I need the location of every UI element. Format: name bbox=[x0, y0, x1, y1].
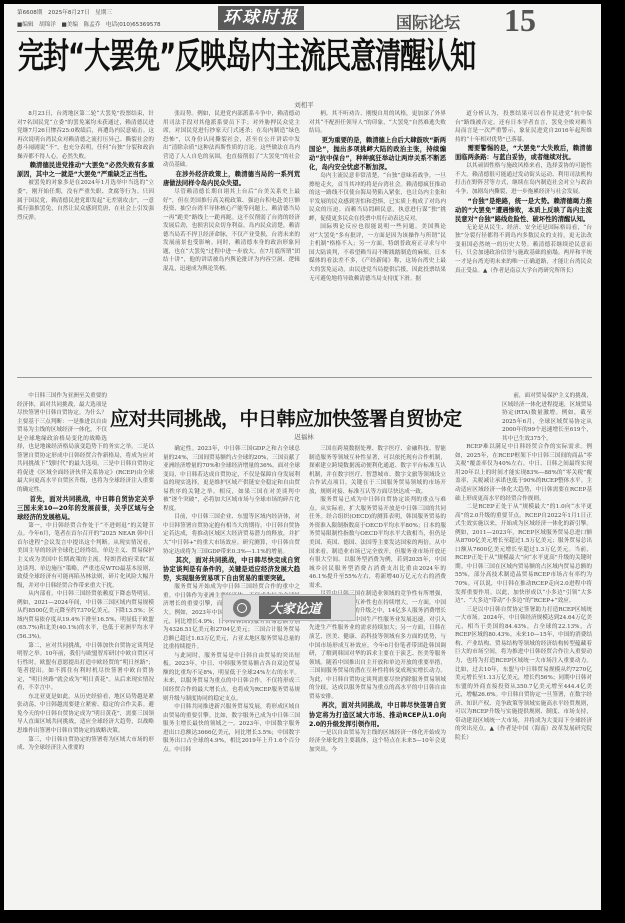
body-paragraph: 三国在跨境数据处理、数字医疗、金融科技、智能制造服务等领域互补性显著，可以依托现… bbox=[309, 445, 446, 496]
article1-column-2: 张局势。例如，民进党内部派系斗争中，赖清德动用司法手段对其他派系要员下手；对外胁… bbox=[163, 110, 300, 372]
body-paragraph: 东北亚更是如此。从历史经验看，地区局势越是紧张动荡，中日韩越需要建立紧密、稳定的… bbox=[17, 693, 154, 736]
article2-column-4: 前，面对贸易保护主义的挑战，区域经济一体化进程提速，区域贸易协定(RTA)数量激… bbox=[455, 392, 592, 907]
subheading-paragraph: 首先，面对共同挑战，中日韩自贸协定关乎三国未来10—20年的发展前景，关乎区域与… bbox=[17, 495, 154, 522]
body-paragraph: 张局势。例如，民进党内部派系斗争中，赖清德动用司法手段对其他派系要员下手；对外胁… bbox=[163, 110, 300, 170]
body-paragraph: 三是以中日韩自贸协定签署助力打造RCEP区域统一大市场。2024年，中日韩经济规… bbox=[455, 606, 592, 743]
body-paragraph: 一是以自由贸易为主线的区域经济一体化开始成为经济全球化的主要载体，这个特点在未来… bbox=[309, 729, 446, 755]
subheading-paragraph: 在涉外经济政策上，赖清德当局的一系列荒唐做法同样令岛内民众失望。 bbox=[163, 170, 300, 188]
body-paragraph: 柄。其不听劝告、刚愎自用的风格，更加深了外界对其“不配担任领导人”的印象，“大罢… bbox=[309, 110, 446, 136]
body-paragraph: 确定性。2023年，中日韩三国GDP之和占全球总量的24%，三国间贸易额约占全球… bbox=[163, 445, 300, 513]
article1-column-4: 道分析认为，投票结果可以看作民进党“抗中保台”路线被否定。还有日本学者直言，罢免… bbox=[455, 110, 592, 372]
body-paragraph: 与此同时，服务贸易是中日韩自由贸易的突出短板。2023年，中日、中韩服务贸易额占… bbox=[163, 652, 300, 703]
body-paragraph: 尽管赖清德长期自诩其上台后“台美关系史上最好”，但在美国推行高关税政策、强迫台积… bbox=[163, 188, 300, 273]
article-divider bbox=[17, 377, 592, 378]
headline-wrap-spacer bbox=[455, 392, 502, 442]
body-paragraph: 中日韩共同推进新兴服务贸易发展，将形成区域自由贸易的重要引擎。比如，数字服务已成… bbox=[163, 703, 300, 754]
body-paragraph: 8月23日，台湾地区第二轮“大罢免”投票结束，针对7名国民党“立委”的罢免案均未… bbox=[17, 110, 154, 161]
subheading-paragraph: “台独”是绝路，统一是大势。赖清德竭力推动的“大罢免”遭遇惨败，本质上反映了岛内… bbox=[455, 197, 592, 224]
editor-line: ■编辑 胡锦洋 ■美编 陈孟乔 电话(010)65369578 bbox=[17, 20, 161, 28]
newspaper-logo: 环球时报 bbox=[218, 6, 304, 30]
body-paragraph: 道分析认为，投票结果可以看作民进党“抗中保台”路线被否定。还有日本学者直言，罢免… bbox=[455, 110, 592, 144]
column-badge: 大家论道 bbox=[222, 594, 356, 621]
body-paragraph: 从内部看，中日韩三国经贸依赖度下降态势明显。例如，2021—2024年间，中日韩… bbox=[17, 590, 154, 641]
article1-byline: 刘相平 bbox=[274, 100, 334, 109]
body-paragraph: 服务贸易已成为中日韩自贸协定谈判的重点与难点。从实际看，扩大服务贸易开放是中日韩… bbox=[309, 496, 446, 590]
body-paragraph: 目前，中日韩三国企业、东盟等区域内经济体，对中日韩签署自贸协定抱有相当大的期待。… bbox=[163, 513, 300, 556]
article1-headline: 完封“大罢免”反映岛内主流民意清醒认知 bbox=[18, 29, 593, 79]
subheading-paragraph: 需要警惕的是，“大罢免”大失败后，赖清德面临两条路：与蓝白妥协，或者继续对抗。 bbox=[455, 144, 592, 162]
body-paragraph: 岛内主流民意非常清楚，“台独”意味着战争，一旦擦枪走火，首当其冲的将是台湾社会。… bbox=[309, 172, 446, 223]
article2-headline: 应对共同挑战，中日韩应加快签署自贸协定 bbox=[110, 404, 462, 431]
subheading-paragraph: 更为重要的是，赖清德上台后大肆鼓吹“新两国论”，抛出多项挑衅大陆的政治主张，持续… bbox=[309, 136, 446, 172]
issue-line: 第6608期 2025年8月27日 星期三 bbox=[17, 8, 112, 16]
article2-byline: 迟福林 bbox=[274, 432, 334, 441]
headline-wrap-spacer bbox=[107, 392, 154, 442]
subheading-paragraph: 其次，面对共同挑战，中日韩尽快完成自贸协定谈判是有条件的，关键是适应经济发展大趋… bbox=[163, 556, 300, 583]
article2-column-3: 三国在跨境数据处理、数字医疗、金融科技、智能制造服务等领域互补性显著，可以依托现… bbox=[309, 445, 446, 907]
body-paragraph: 二是RCEP正处于从“规模最大”的1.0向“水平更高”的2.0升级的重要节点。R… bbox=[455, 503, 592, 606]
pen-circle-icon bbox=[233, 599, 251, 617]
newspaper-page: 第6608期 2025年8月27日 星期三 ■编辑 胡锦洋 ■美编 陈孟乔 电话… bbox=[4, 4, 601, 910]
column-badge-label: 大家论道 bbox=[259, 596, 331, 619]
body-paragraph: 第二，应对共同挑战，中日韩加快自贸协定谈判是明智之举。10年前，我们与欧盟智库研… bbox=[17, 642, 154, 693]
body-paragraph: 国际舆论反应也很能说明一些问题。美国舆论对“大罢免”多有批评，一方面是因为该操作… bbox=[309, 223, 446, 283]
subheading-paragraph: 再次，面对共同挑战，中日韩尽快签署自贸协定将为打造区域大市场、推动RCEP从1.… bbox=[309, 701, 446, 728]
body-paragraph: 第三，中日韩自贸协定的签署将为区域大市场的形成、为全球经济注入重要的 bbox=[17, 736, 154, 753]
article2-column-1: 中日韩三国作为亚洲至关重要的经济体，面对共同挑战，最大选项是尽快签署中日韩自贸协… bbox=[17, 392, 154, 907]
article2-column-2: 确定性。2023年，中日韩三国GDP之和占全球总量的24%，三国间贸易额约占全球… bbox=[163, 445, 300, 907]
body-paragraph: 被罢免的对象多是在2024年1月选举中当选的“立委”，刚开始任期，没有严重失职、… bbox=[17, 179, 154, 222]
masthead: 第6608期 2025年8月27日 星期三 ■编辑 胡锦洋 ■美编 陈孟乔 电话… bbox=[4, 4, 601, 32]
body-paragraph: 第一，中日韩经贸合作处于“不进则退”的关键节点。今年6月，笔者在首尔召开的“20… bbox=[17, 522, 154, 590]
subheading-paragraph: 赖清德民进党推动“大罢免”必然失败有多重原因，其中之一就是“大罢免”严重缺乏正当… bbox=[17, 161, 154, 179]
body-paragraph: 无论是从民生、经济、安全还是国际格局看，“台独”分裂行径都得不到岛内多数民众的支… bbox=[455, 224, 592, 275]
body-paragraph: RCEP难以满足中日韩经贸合作的实际需求。例如，2025年，在RCEP框架下中日… bbox=[455, 443, 592, 503]
article1-column-3: 柄。其不听劝告、刚愎自用的风格，更加深了外界对其“不配担任领导人”的印象，“大罢… bbox=[309, 110, 446, 372]
article1-column-1: 8月23日，台湾地区第二轮“大罢免”投票结束，针对7名国民党“立委”的罢免案均未… bbox=[17, 110, 154, 372]
body-paragraph: 以其顽固性格与施政风格来看，选择妥协的可能性不大。赖清德很可能通过发动街头运动、… bbox=[455, 162, 592, 196]
